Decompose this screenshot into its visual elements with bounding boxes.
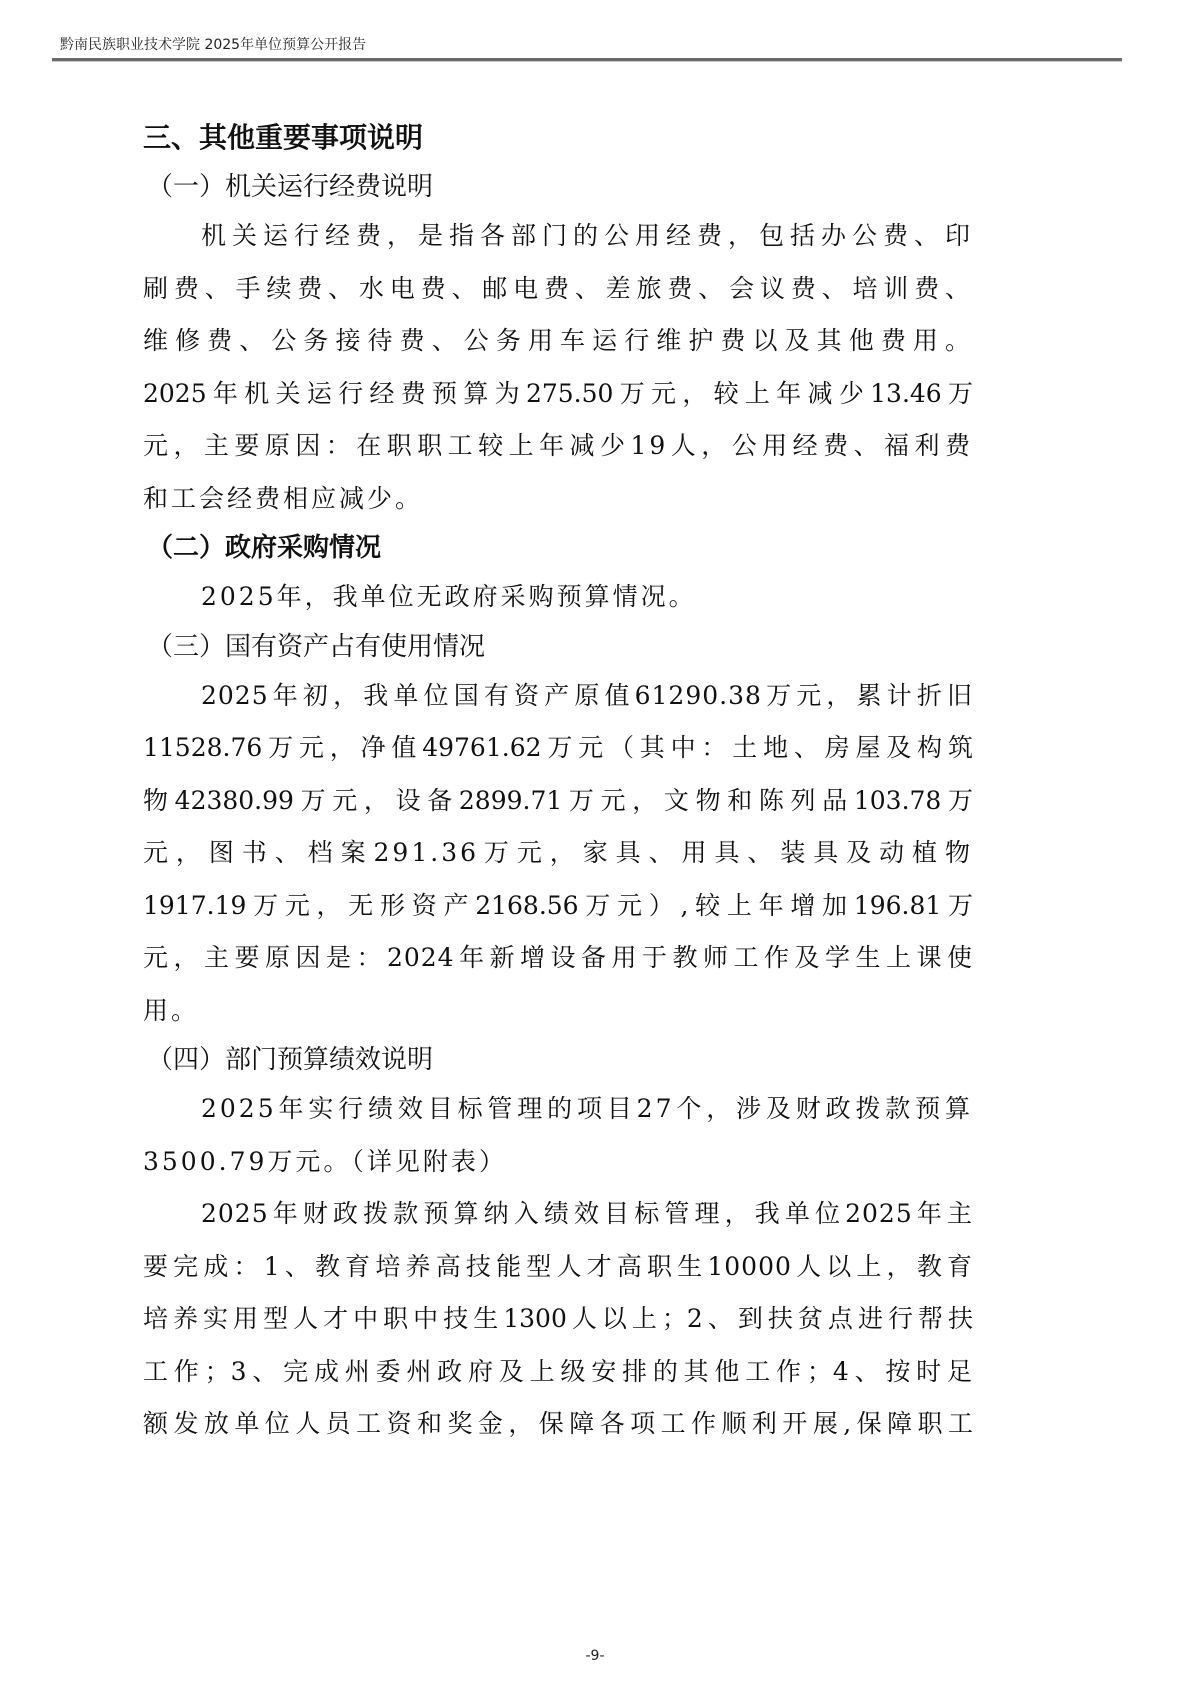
document-body: 三、其他重要事项说明 （一）机关运行经费说明 机关运行经费，是指各部门的公用经费… — [143, 118, 973, 1451]
section-heading-performance: （四）部门预算绩效说明 — [143, 1037, 973, 1083]
section-heading-government-procurement: （二）政府采购情况 — [143, 525, 973, 571]
text-line: 额发放单位人员工资和奖金，保障各项工作顺利开展,保障职工 — [143, 1398, 973, 1451]
page-number: -9- — [0, 1648, 1190, 1664]
text-line: 物42380.99万元，设备2899.71万元，文物和陈列品103.78万 — [143, 775, 973, 828]
header-divider — [52, 58, 1122, 62]
text-line: 元，主要原因：在职职工较上年减少19人，公用经费、福利费 — [143, 420, 973, 473]
paragraph-government-procurement: 2025年，我单位无政府采购预算情况。 — [143, 571, 973, 624]
text-line: 培养实用型人才中职中技生1300人以上；2、到扶贫点进行帮扶 — [143, 1293, 973, 1346]
paragraph-performance-goals: 2025年财政拨款预算纳入绩效目标管理，我单位2025年主 要完成：1、教育培养… — [143, 1188, 973, 1451]
text-line: 和工会经费相应减少。 — [143, 473, 973, 526]
text-line: 2025年财政拨款预算纳入绩效目标管理，我单位2025年主 — [143, 1188, 973, 1241]
main-heading: 三、其他重要事项说明 — [143, 118, 973, 158]
text-line: 2025年初，我单位国有资产原值61290.38万元，累计折旧 — [143, 670, 973, 723]
text-line: 2025年，我单位无政府采购预算情况。 — [143, 571, 973, 624]
text-line: 元，主要原因是：2024年新增设备用于教师工作及学生上课使 — [143, 932, 973, 985]
text-line: 3500.79万元。（详见附表） — [143, 1136, 973, 1189]
paragraph-state-assets: 2025年初，我单位国有资产原值61290.38万元，累计折旧 11528.76… — [143, 670, 973, 1038]
text-line: 维修费、公务接待费、公务用车运行维护费以及其他费用。 — [143, 315, 973, 368]
text-line: 元，图书、档案291.36万元，家具、用具、装具及动植物 — [143, 827, 973, 880]
page-header: 黔南民族职业技术学院 2025年单位预算公开报告 — [60, 36, 1130, 62]
paragraph-performance-projects: 2025年实行绩效目标管理的项目27个，涉及财政拨款预算 3500.79万元。（… — [143, 1083, 973, 1188]
section-heading-operating-expenses: （一）机关运行经费说明 — [143, 164, 973, 210]
text-line: 要完成：1、教育培养高技能型人才高职生10000人以上，教育 — [143, 1241, 973, 1294]
text-line: 2025年实行绩效目标管理的项目27个，涉及财政拨款预算 — [143, 1083, 973, 1136]
text-line: 2025年机关运行经费预算为275.50万元，较上年减少13.46万 — [143, 368, 973, 421]
report-title: 黔南民族职业技术学院 2025年单位预算公开报告 — [60, 36, 1130, 54]
text-line: 机关运行经费，是指各部门的公用经费，包括办公费、印 — [143, 210, 973, 263]
text-line: 刷费、手续费、水电费、邮电费、差旅费、会议费、培训费、 — [143, 263, 973, 316]
text-line: 工作；3、完成州委州政府及上级安排的其他工作；4、按时足 — [143, 1346, 973, 1399]
text-line: 1917.19万元，无形资产2168.56万元）,较上年增加196.81万 — [143, 880, 973, 933]
text-line: 11528.76万元，净值49761.62万元（其中：土地、房屋及构筑 — [143, 722, 973, 775]
text-line: 用。 — [143, 985, 973, 1038]
section-heading-state-assets: （三）国有资产占有使用情况 — [143, 624, 973, 670]
paragraph-operating-expenses: 机关运行经费，是指各部门的公用经费，包括办公费、印 刷费、手续费、水电费、邮电费… — [143, 210, 973, 525]
